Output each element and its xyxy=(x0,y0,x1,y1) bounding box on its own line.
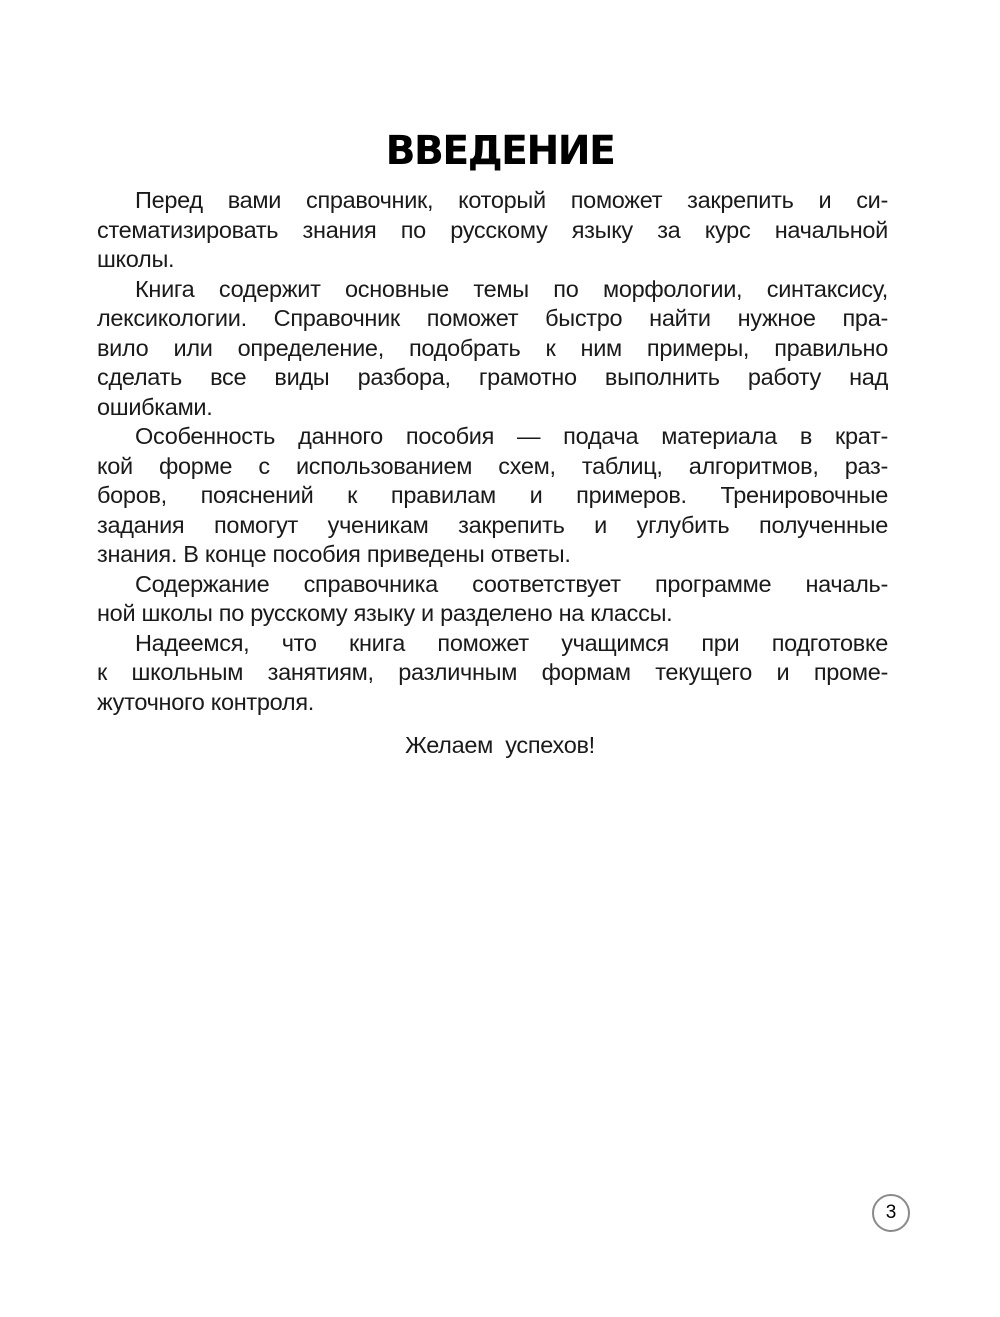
paragraph-5: Надеемся, что книга поможет учащимся при… xyxy=(97,629,888,718)
closing-wish: Желаем успехов! xyxy=(0,730,1000,760)
page-title: ВВЕДЕНИЕ xyxy=(10,123,990,179)
text-line: стематизировать знания по русскому языку… xyxy=(97,216,888,246)
text-line: Особенность данного пособия — подача мат… xyxy=(97,422,888,452)
page-number: 3 xyxy=(886,1202,897,1224)
text-line: ной школы по русскому языку и разделено … xyxy=(97,599,888,629)
text-line: задания помогут ученикам закрепить и угл… xyxy=(97,511,888,541)
text-line: Перед вами справочник, который поможет з… xyxy=(97,186,888,216)
paragraph-4: Содержание справочника соответствует про… xyxy=(97,570,888,629)
introduction-body: Перед вами справочник, который поможет з… xyxy=(97,186,888,717)
paragraph-1: Перед вами справочник, который поможет з… xyxy=(97,186,888,275)
text-line: боров, пояснений к правилам и примеров. … xyxy=(97,481,888,511)
text-line: школы. xyxy=(97,245,888,275)
text-line: лексикологии. Справочник поможет быстро … xyxy=(97,304,888,334)
paragraph-3: Особенность данного пособия — подача мат… xyxy=(97,422,888,570)
text-line: ошибками. xyxy=(97,393,888,423)
text-line: знания. В конце пособия приведены ответы… xyxy=(97,540,888,570)
text-line: Надеемся, что книга поможет учащимся при… xyxy=(97,629,888,659)
text-line: к школьным занятиям, различным формам те… xyxy=(97,658,888,688)
paragraph-2: Книга содержит основные темы по морфолог… xyxy=(97,275,888,423)
page-number-badge: 3 xyxy=(872,1194,910,1232)
text-line: жуточного контроля. xyxy=(97,688,888,718)
text-line: Книга содержит основные темы по морфолог… xyxy=(97,275,888,305)
text-line: Содержание справочника соответствует про… xyxy=(97,570,888,600)
text-line: сделать все виды разбора, грамотно выпол… xyxy=(97,363,888,393)
text-line: вило или определение, подобрать к ним пр… xyxy=(97,334,888,364)
text-line: кой форме с использованием схем, таблиц,… xyxy=(97,452,888,482)
